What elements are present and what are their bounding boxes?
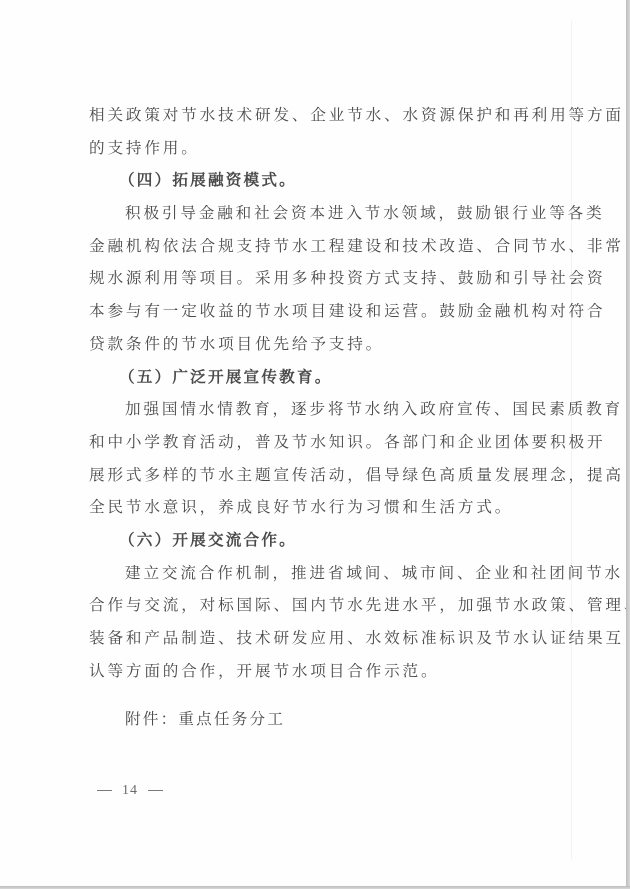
paragraph-line: 的支持作用。 <box>89 132 549 165</box>
paragraph-line: 认等方面的合作，开展节水项目合作示范。 <box>89 655 549 688</box>
section-heading-4: （四）拓展融资模式。 <box>89 164 549 197</box>
dash-left <box>97 790 112 791</box>
paragraph-line: 本参与有一定收益的节水项目建设和运营。鼓励金融机构对符合 <box>89 295 549 328</box>
document-page: 相关政策对节水技术研发、企业节水、水资源保护和再利用等方面 的支持作用。 （四）… <box>0 0 626 886</box>
dash-right <box>148 790 163 791</box>
paragraph-line: 相关政策对节水技术研发、企业节水、水资源保护和再利用等方面 <box>89 99 549 132</box>
paragraph-line: 贷款条件的节水项目优先给予支持。 <box>89 328 549 361</box>
paragraph-line: 装备和产品制造、技术研发应用、水效标准标识及节水认证结果互 <box>89 622 549 655</box>
paragraph-line: 合作与交流，对标国际、国内节水先进水平，加强节水政策、管理、 <box>89 589 549 622</box>
paragraph-line: 规水源利用等项目。采用多种投资方式支持、鼓励和引导社会资 <box>89 262 549 295</box>
paragraph-line: 加强国情水情教育，逐步将节水纳入政府宣传、国民素质教育 <box>89 393 549 426</box>
paragraph-line: 建立交流合作机制，推进省域间、城市间、企业和社团间节水 <box>89 557 549 590</box>
section-heading-6: （六）开展交流合作。 <box>89 524 549 557</box>
paragraph-line: 展形式多样的节水主题宣传活动，倡导绿色高质量发展理念，提高 <box>89 459 549 492</box>
paragraph-line: 积极引导金融和社会资本进入节水领域，鼓励银行业等各类 <box>89 197 549 230</box>
spacer <box>89 687 549 703</box>
paragraph-line: 金融机构依法合规支持节水工程建设和技术改造、合同节水、非常 <box>89 230 549 263</box>
page-shadow-right <box>626 0 630 889</box>
page-number-value: 14 <box>122 783 138 798</box>
page-number: 14 <box>97 783 163 799</box>
attachment-note: 附件：重点任务分工 <box>89 703 549 736</box>
paragraph-line: 和中小学教育活动，普及节水知识。各部门和企业团体要积极开 <box>89 426 549 459</box>
section-heading-5: （五）广泛开展宣传教育。 <box>89 361 549 394</box>
document-body: 相关政策对节水技术研发、企业节水、水资源保护和再利用等方面 的支持作用。 （四）… <box>89 99 549 736</box>
paragraph-line: 全民节水意识，养成良好节水行为习惯和生活方式。 <box>89 491 549 524</box>
